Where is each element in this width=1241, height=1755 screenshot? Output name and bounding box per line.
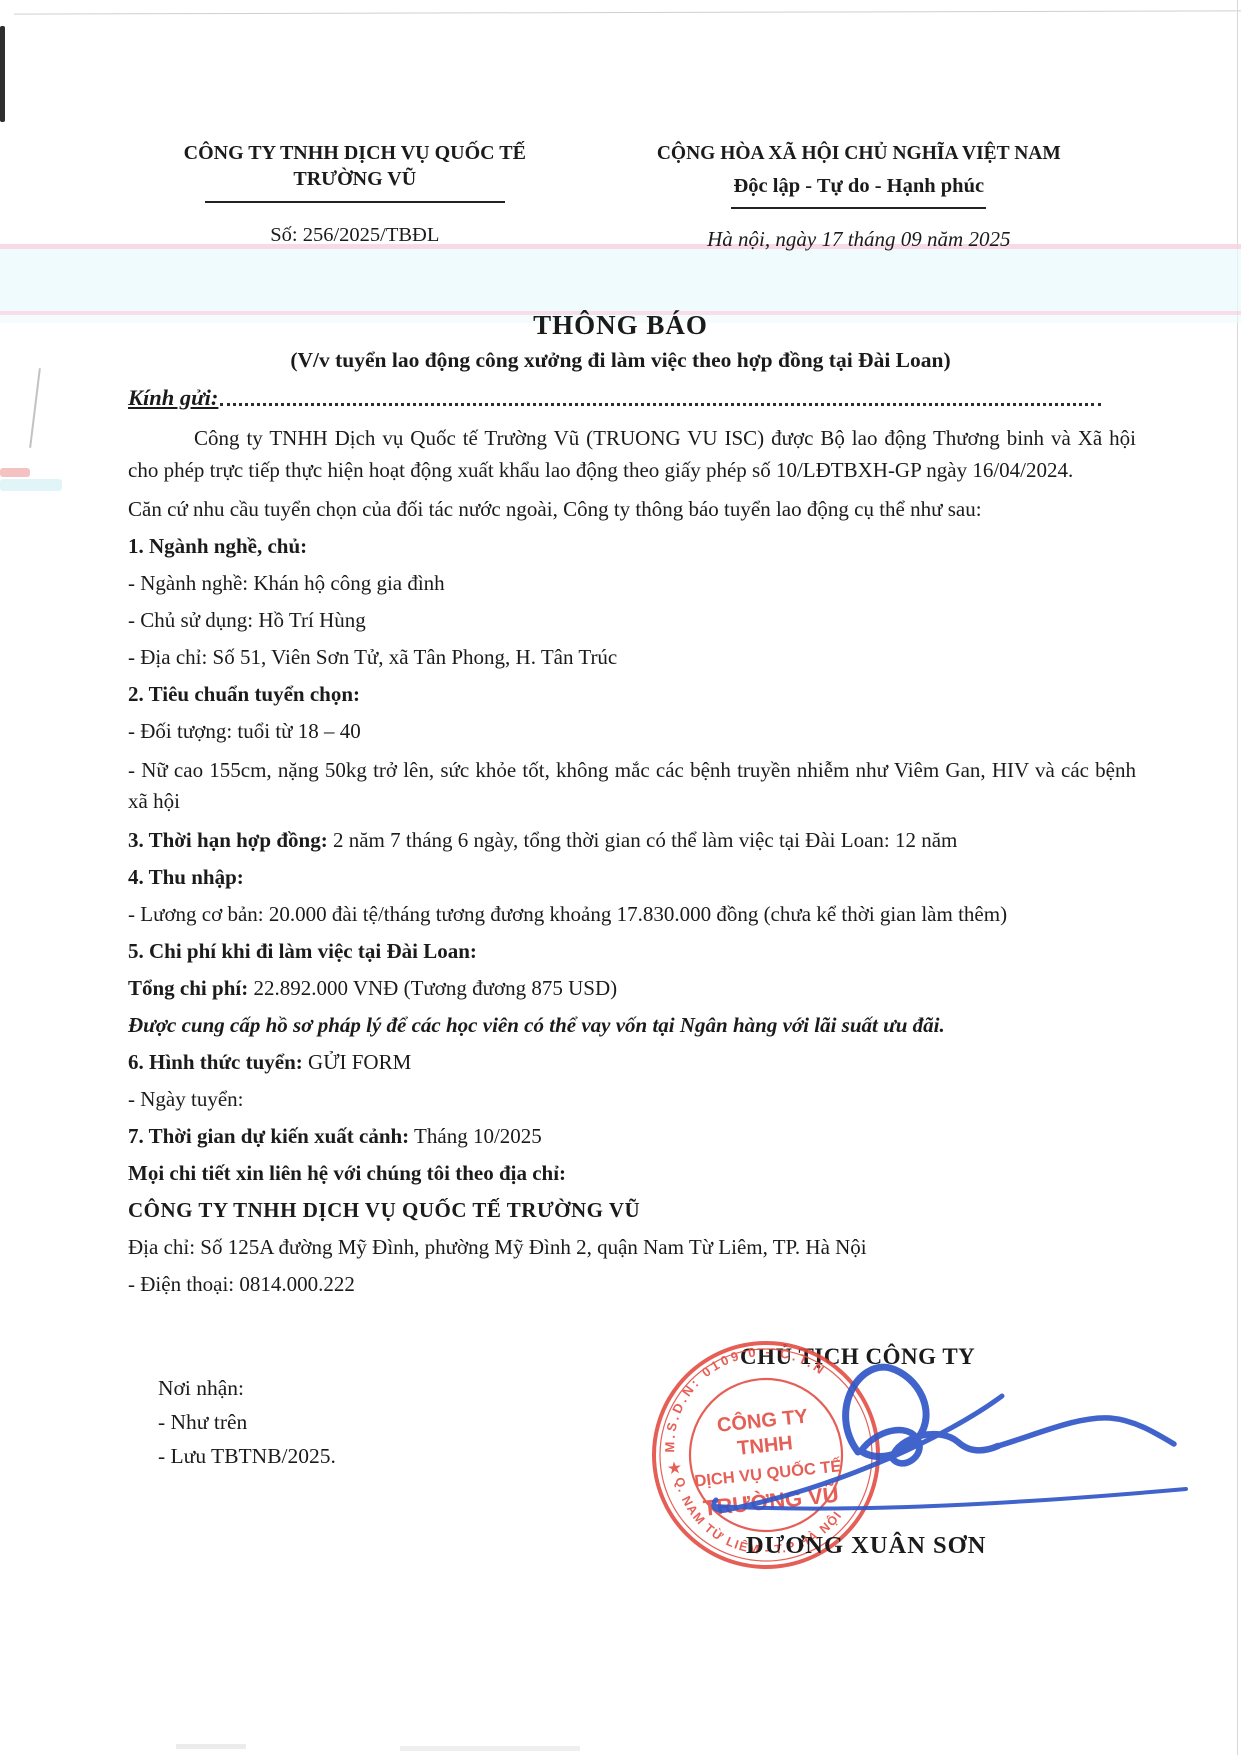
document-subtitle: (V/v tuyển lao động công xưởng đi làm vi… — [0, 346, 1241, 374]
section-heading: 1. Ngành nghề, chủ: — [128, 533, 1136, 560]
scan-artifact-bottom-smudge — [400, 1746, 580, 1751]
company-name-line1: CÔNG TY TNHH DỊCH VỤ QUỐC TẾ — [128, 140, 582, 166]
national-motto: Độc lập - Tự do - Hạnh phúc — [582, 173, 1136, 200]
recipients-block: Nơi nhận: - Như trên - Lưu TBTNB/2025. — [158, 1368, 336, 1470]
scan-artifact-left-strip — [0, 26, 5, 122]
company-name-line2: TRƯỜNG VŨ — [128, 166, 582, 192]
scan-artifact-cyan-smudge — [0, 479, 62, 491]
body-line: - Địa chỉ: Số 51, Viên Sơn Tử, xã Tân Ph… — [128, 644, 1136, 671]
recipient-item: - Như trên — [158, 1409, 336, 1436]
contact-address: Địa chỉ: Số 125A đường Mỹ Đình, phường M… — [128, 1234, 1136, 1261]
scan-artifact-red-smudge — [0, 468, 30, 477]
national-header-block: CỘNG HÒA XÃ HỘI CHỦ NGHĨA VIỆT NAM Độc l… — [582, 140, 1136, 252]
section-heading: 4. Thu nhập: — [128, 864, 1136, 891]
recipients-title: Nơi nhận: — [158, 1375, 336, 1402]
dotted-leader — [220, 402, 1101, 406]
section-heading: 7. Thời gian dự kiến xuất cảnh: Tháng 10… — [128, 1123, 1136, 1150]
scan-artifact-cyan-band — [0, 249, 1241, 311]
body-line: - Chủ sử dụng: Hồ Trí Hùng — [128, 607, 1136, 634]
scan-artifact-top-line — [14, 10, 1241, 14]
document-header: CÔNG TY TNHH DỊCH VỤ QUỐC TẾ TRƯỜNG VŨ S… — [128, 140, 1136, 252]
document-title: THÔNG BÁO — [0, 308, 1241, 342]
body-line: - Ngành nghề: Khán hộ công gia đình — [128, 570, 1136, 597]
section-heading: 5. Chi phí khi đi làm việc tại Đài Loan: — [128, 938, 1136, 965]
contact-phone: - Điện thoại: 0814.000.222 — [128, 1271, 1136, 1298]
scanned-document-page: CÔNG TY TNHH DỊCH VỤ QUỐC TẾ TRƯỜNG VŨ S… — [0, 0, 1241, 1755]
body-line: - Ngày tuyển: — [128, 1086, 1136, 1113]
national-title: CỘNG HÒA XÃ HỘI CHỦ NGHĨA VIỆT NAM — [582, 140, 1136, 167]
body-line: Tổng chi phí: 22.892.000 VNĐ (Tương đươn… — [128, 975, 1136, 1002]
document-date: Hà nội, ngày 17 tháng 09 năm 2025 — [582, 226, 1136, 252]
scan-artifact-right-edge — [1237, 0, 1238, 1755]
body-line: - Đối tượng: tuổi từ 18 – 40 — [128, 718, 1136, 745]
document-body: Công ty TNHH Dịch vụ Quốc tế Trường Vũ (… — [128, 416, 1136, 1298]
salutation-row: Kính gửi: — [128, 384, 1101, 412]
scan-artifact-pen-mark — [29, 368, 41, 448]
body-paragraph: Công ty TNHH Dịch vụ Quốc tế Trường Vũ (… — [128, 422, 1136, 486]
note-line: Được cung cấp hồ sơ pháp lý để các học v… — [128, 1012, 1136, 1039]
section-heading: 2. Tiêu chuẩn tuyển chọn: — [128, 681, 1136, 708]
body-paragraph: - Nữ cao 155cm, nặng 50kg trở lên, sức k… — [128, 755, 1136, 817]
signer-name: DƯƠNG XUÂN SƠN — [746, 1532, 986, 1560]
recipient-item: - Lưu TBTNB/2025. — [158, 1443, 336, 1470]
section-heading: 3. Thời hạn hợp đồng: 2 năm 7 tháng 6 ng… — [128, 827, 1136, 854]
salutation-label: Kính gửi: — [128, 384, 218, 412]
contact-heading: Mọi chi tiết xin liên hệ với chúng tôi t… — [128, 1160, 1136, 1187]
body-line: Căn cứ nhu cầu tuyển chọn của đối tác nư… — [128, 496, 1136, 523]
company-header-block: CÔNG TY TNHH DỊCH VỤ QUỐC TẾ TRƯỜNG VŨ S… — [128, 140, 582, 252]
header-divider-right — [731, 207, 986, 209]
scan-artifact-bottom-smudge — [176, 1744, 246, 1749]
body-line: - Lương cơ bản: 20.000 đài tệ/tháng tươn… — [128, 901, 1136, 928]
contact-company-name: CÔNG TY TNHH DỊCH VỤ QUỐC TẾ TRƯỜNG VŨ — [128, 1197, 1136, 1224]
section-heading: 6. Hình thức tuyển: GỬI FORM — [128, 1049, 1136, 1076]
header-divider-left — [205, 201, 505, 203]
document-number: Số: 256/2025/TBĐL — [128, 222, 582, 248]
